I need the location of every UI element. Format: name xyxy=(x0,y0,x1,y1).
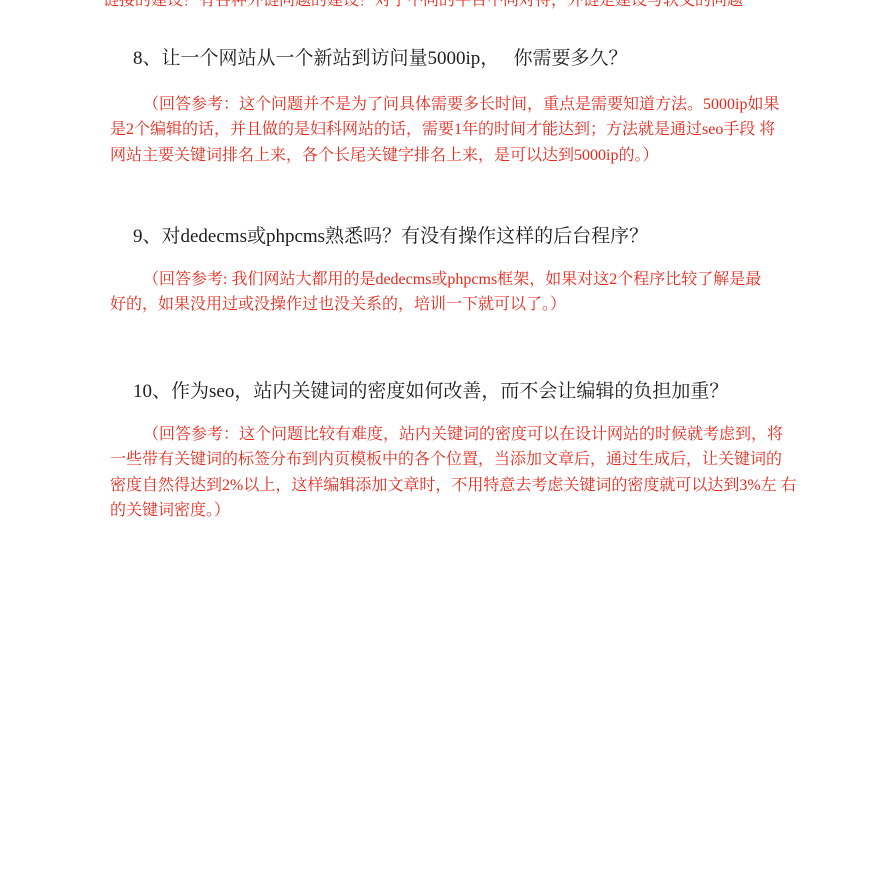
answer-8-line-1: （回答参考：这个问题并不是为了问具体需要多长时间，重点是需要知道方法。5000i… xyxy=(110,92,800,117)
answer-8-line-3: 网站主要关键词排名上来，各个长尾关键字排名上来，是可以达到5000ip的。） xyxy=(110,143,800,168)
answer-10-line-4: 的关键词密度。） xyxy=(110,498,800,523)
document-page: 链接的建设？有各种外链问题的建设？对于不同的平台不同对待，外链是建设与软文的问题… xyxy=(0,0,872,872)
clipped-previous-answer-line: 链接的建设？有各种外链问题的建设？对于不同的平台不同对待，外链是建设与软文的问题 xyxy=(103,0,771,12)
answer-10-line-2: 一些带有关键词的标签分布到内页模板中的各个位置，当添加文章后，通过生成后，让关键… xyxy=(110,447,800,472)
answer-8: （回答参考：这个问题并不是为了问具体需要多长时间，重点是需要知道方法。5000i… xyxy=(110,92,800,168)
answer-10: （回答参考：这个问题比较有难度，站内关键词的密度可以在设计网站的时候就考虑到，将… xyxy=(110,422,800,524)
question-8: 8、让一个网站从一个新站到访问量5000ip， 你需要多久？ xyxy=(110,48,813,70)
answer-8-line-2: 是2个编辑的话，并且做的是妇科网站的话，需要1年的时间才能达到；方法就是通过se… xyxy=(110,117,800,142)
answer-9: （回答参考: 我们网站大都用的是dedecms或phpcms框架，如果对这2个程… xyxy=(110,267,800,318)
answer-9-line-1: （回答参考: 我们网站大都用的是dedecms或phpcms框架，如果对这2个程… xyxy=(110,267,800,292)
answer-10-line-1: （回答参考：这个问题比较有难度，站内关键词的密度可以在设计网站的时候就考虑到，将 xyxy=(110,422,800,447)
question-9: 9、对dedecms或phpcms熟悉吗？有没有操作这样的后台程序？ xyxy=(110,226,813,248)
answer-10-line-3: 密度自然得达到2%以上，这样编辑添加文章时，不用特意去考虑关键词的密度就可以达到… xyxy=(110,473,800,498)
answer-9-line-2: 好的，如果没用过或没操作过也没关系的，培训一下就可以了。） xyxy=(110,292,800,317)
question-10: 10、作为seo，站内关键词的密度如何改善，而不会让编辑的负担加重？ xyxy=(110,381,813,403)
